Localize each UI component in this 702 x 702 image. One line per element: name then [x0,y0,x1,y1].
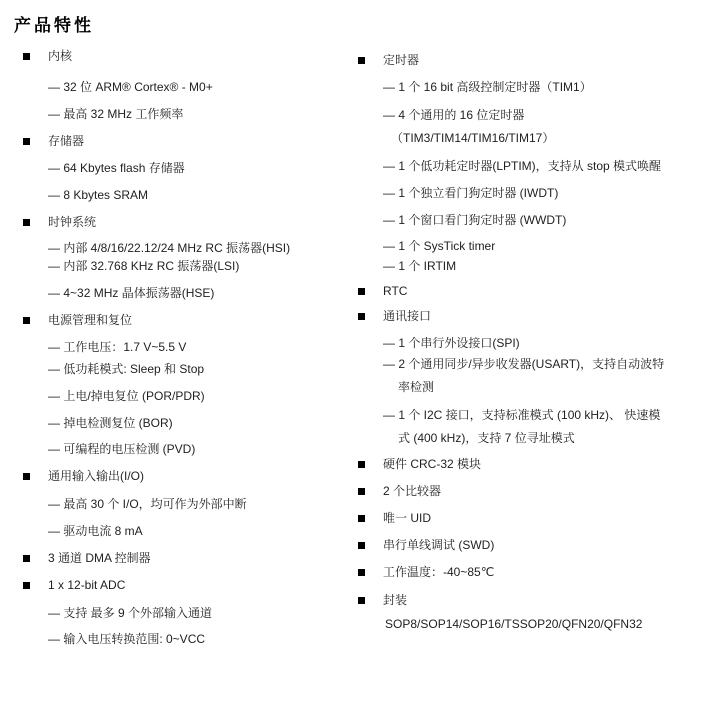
bullet-square-icon [358,515,365,522]
bullet-square-icon [358,313,365,320]
feature-text: 2 个比较器 [383,484,441,498]
feature-text: 时钟系统 [48,215,96,229]
feature-text: — 内部 32.768 KHz RC 振荡器(LSI) [48,259,239,273]
feature-item: RTC [357,283,702,300]
feature-text: — 掉电检测复位 (BOR) [48,416,173,430]
feature-item: 2 个比较器 [357,483,702,500]
feature-text: 封装 [383,593,407,607]
feature-text: — 1 个低功耗定时器(LPTIM)，支持从 stop 模式唤醒 [383,159,661,173]
feature-text: 内核 [48,49,72,63]
feature-text: — 4~32 MHz 晶体振荡器(HSE) [48,286,214,300]
bullet-square-icon [358,597,365,604]
feature-text: 通讯接口 [383,309,431,323]
feature-sub-item: — 1 个 I2C 接口，支持标准模式 (100 kHz)、 快速模 [357,407,702,424]
feature-item: 定时器 [357,52,702,69]
feature-item: 存储器 [22,133,354,150]
feature-item: 串行单线调试 (SWD) [357,537,702,554]
feature-text: SOP8/SOP14/SOP16/TSSOP20/QFN20/QFN32 [385,617,642,631]
feature-sub-item: — 掉电检测复位 (BOR) [22,415,354,432]
bullet-square-icon [358,461,365,468]
feature-sub-item: — 支持 最多 9 个外部输入通道 [22,605,354,622]
feature-text: — 32 位 ARM® Cortex® - M0+ [48,80,213,94]
feature-text: — 64 Kbytes flash 存储器 [48,161,185,175]
feature-item: 通讯接口 [357,308,702,325]
feature-item: 唯一 UID [357,510,702,527]
feature-text: — 1 个独立看门狗定时器 (IWDT) [383,186,558,200]
feature-text: — 最高 30 个 I/O，均可作为外部中断 [48,497,247,511]
feature-text: — 4 个通用的 16 位定时器 [383,108,524,122]
bullet-square-icon [358,569,365,576]
feature-text: — 最高 32 MHz 工作频率 [48,107,183,121]
bullet-square-icon [23,138,30,145]
feature-sub-item: — 64 Kbytes flash 存储器 [22,160,354,177]
feature-text: — 8 Kbytes SRAM [48,188,148,202]
feature-item: 3 通道 DMA 控制器 [22,550,354,567]
feature-sub-item: — 1 个 SysTick timer [357,238,702,255]
feature-item: 工作温度：-40~85℃ [357,564,702,581]
feature-sub-item: — 工作电压：1.7 V~5.5 V [22,339,354,356]
feature-text: — 支持 最多 9 个外部输入通道 [48,606,212,620]
feature-text: — 1 个 IRTIM [383,259,456,273]
feature-sub-item: — 2 个通用同步/异步收发器(USART)，支持自动波特 [357,356,702,373]
feature-text: 通用输入输出(I/O) [48,469,144,483]
feature-item: 通用输入输出(I/O) [22,468,354,485]
feature-sub-item: — 内部 32.768 KHz RC 振荡器(LSI) [22,258,354,275]
feature-sub-item: — 1 个低功耗定时器(LPTIM)，支持从 stop 模式唤醒 [357,158,702,175]
feature-sub-item: — 1 个独立看门狗定时器 (IWDT) [357,185,702,202]
feature-item: 封装 [357,592,702,609]
bullet-square-icon [23,473,30,480]
feature-text: 串行单线调试 (SWD) [383,538,494,552]
feature-sub-item: — 1 个 16 bit 高级控制定时器（TIM1） [357,79,702,96]
page-title: 产品特性 [14,11,94,36]
feature-text: — 1 个窗口看门狗定时器 (WWDT) [383,213,566,227]
feature-text: — 1 个串行外设接口(SPI) [383,336,520,350]
feature-text: 率检测 [398,380,434,394]
features-column-right: 定时器— 1 个 16 bit 高级控制定时器（TIM1）— 4 个通用的 16… [357,52,702,633]
feature-text: — 1 个 16 bit 高级控制定时器（TIM1） [383,80,592,94]
feature-text: — 1 个 SysTick timer [383,239,495,253]
feature-text: 式 (400 kHz)，支持 7 位寻址模式 [398,431,575,445]
feature-continuation-line: （TIM3/TIM14/TIM16/TIM17） [357,130,702,147]
feature-text: — 输入电压转换范围: 0~VCC [48,632,205,646]
bullet-square-icon [23,582,30,589]
bullet-square-icon [358,488,365,495]
feature-item: 内核 [22,48,354,65]
feature-text: 1 x 12-bit ADC [48,578,125,592]
feature-text: 工作温度：-40~85℃ [383,565,494,579]
feature-item: 硬件 CRC-32 模块 [357,456,702,473]
feature-text: — 低功耗模式: Sleep 和 Stop [48,362,204,376]
feature-text: 唯一 UID [383,511,431,525]
feature-sub-item: — 上电/掉电复位 (POR/PDR) [22,388,354,405]
feature-sub-item: — 输入电压转换范围: 0~VCC [22,631,354,648]
feature-sub-item: — 32 位 ARM® Cortex® - M0+ [22,79,354,96]
feature-sub-item: — 最高 32 MHz 工作频率 [22,106,354,123]
bullet-square-icon [23,53,30,60]
feature-item: 1 x 12-bit ADC [22,577,354,594]
feature-text: RTC [383,284,407,298]
feature-sub-item: — 8 Kbytes SRAM [22,187,354,204]
feature-text: — 1 个 I2C 接口，支持标准模式 (100 kHz)、 快速模 [383,408,660,422]
feature-item: 电源管理和复位 [22,312,354,329]
feature-text: 定时器 [383,53,419,67]
feature-text: 存储器 [48,134,84,148]
feature-continuation-line: 式 (400 kHz)，支持 7 位寻址模式 [357,430,702,447]
feature-sub-item: — 4~32 MHz 晶体振荡器(HSE) [22,285,354,302]
bullet-square-icon [358,542,365,549]
feature-text: — 可编程的电压检测 (PVD) [48,442,195,456]
feature-text: — 驱动电流 8 mA [48,524,143,538]
bullet-square-icon [23,555,30,562]
bullet-square-icon [358,57,365,64]
feature-sub-item: — 最高 30 个 I/O，均可作为外部中断 [22,496,354,513]
feature-continuation-line: 率检测 [357,379,702,396]
datasheet-page: 产品特性 内核— 32 位 ARM® Cortex® - M0+— 最高 32 … [0,0,702,702]
feature-sub-item: — 1 个串行外设接口(SPI) [357,335,702,352]
features-column-left: 内核— 32 位 ARM® Cortex® - M0+— 最高 32 MHz 工… [22,48,354,648]
feature-text: 硬件 CRC-32 模块 [383,457,481,471]
feature-sub-item: — 内部 4/8/16/22.12/24 MHz RC 振荡器(HSI) [22,240,354,257]
bullet-square-icon [23,317,30,324]
feature-continuation-line: SOP8/SOP14/SOP16/TSSOP20/QFN20/QFN32 [357,616,702,633]
feature-item: 时钟系统 [22,214,354,231]
feature-text: — 内部 4/8/16/22.12/24 MHz RC 振荡器(HSI) [48,241,290,255]
feature-text: （TIM3/TIM14/TIM16/TIM17） [391,131,554,145]
feature-text: 3 通道 DMA 控制器 [48,551,151,565]
feature-sub-item: — 驱动电流 8 mA [22,523,354,540]
feature-sub-item: — 1 个窗口看门狗定时器 (WWDT) [357,212,702,229]
bullet-square-icon [23,219,30,226]
feature-sub-item: — 1 个 IRTIM [357,258,702,275]
feature-sub-item: — 低功耗模式: Sleep 和 Stop [22,361,354,378]
feature-text: — 工作电压：1.7 V~5.5 V [48,340,186,354]
feature-text: — 上电/掉电复位 (POR/PDR) [48,389,205,403]
feature-sub-item: — 可编程的电压检测 (PVD) [22,441,354,458]
feature-sub-item: — 4 个通用的 16 位定时器 [357,107,702,124]
bullet-square-icon [358,288,365,295]
feature-text: — 2 个通用同步/异步收发器(USART)，支持自动波特 [383,357,664,371]
feature-text: 电源管理和复位 [48,313,132,327]
